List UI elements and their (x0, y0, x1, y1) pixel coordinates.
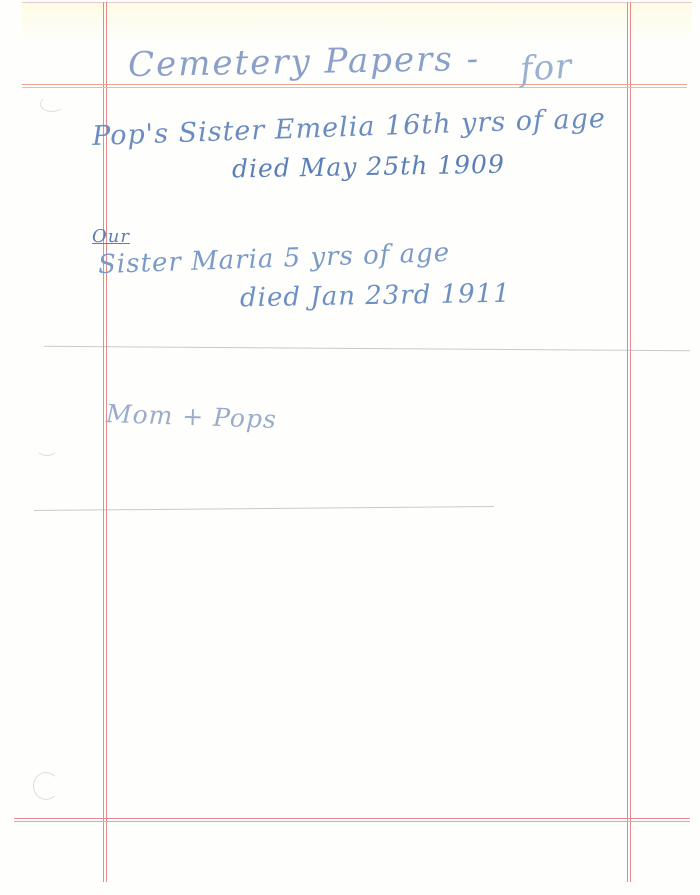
entry-maria-line1: Sister Maria 5 yrs of age (98, 238, 451, 280)
entry-emelia-line2: died May 25th 1909 (232, 150, 505, 184)
right-margin-line-inner (630, 2, 631, 882)
bottom-rule-line (14, 818, 690, 819)
scanned-page: Cemetery Papers - for Pop's Sister Emeli… (0, 0, 700, 895)
bottom-rule-line-inner (14, 821, 690, 822)
document-title: Cemetery Papers - (128, 39, 481, 85)
hole-punch-mark (40, 96, 64, 112)
hole-punch-mark (36, 440, 58, 456)
paper-yellow-tint (22, 3, 692, 43)
top-rule-line-inner (22, 87, 687, 88)
entry-maria-line2: died Jan 23rd 1911 (240, 279, 511, 314)
right-margin-line (627, 2, 628, 882)
top-rule-line (22, 84, 687, 85)
hole-punch-mark (33, 772, 59, 800)
entry-mom-pops: Mom + Pops (106, 399, 278, 434)
entry-emelia-line1: Pop's Sister Emelia 16th yrs of age (92, 103, 607, 152)
document-title-tail: for (519, 46, 574, 90)
paper-top-edge (22, 2, 692, 3)
pencil-divider-line (44, 346, 690, 352)
entry-maria-annotation: Our (92, 226, 130, 247)
